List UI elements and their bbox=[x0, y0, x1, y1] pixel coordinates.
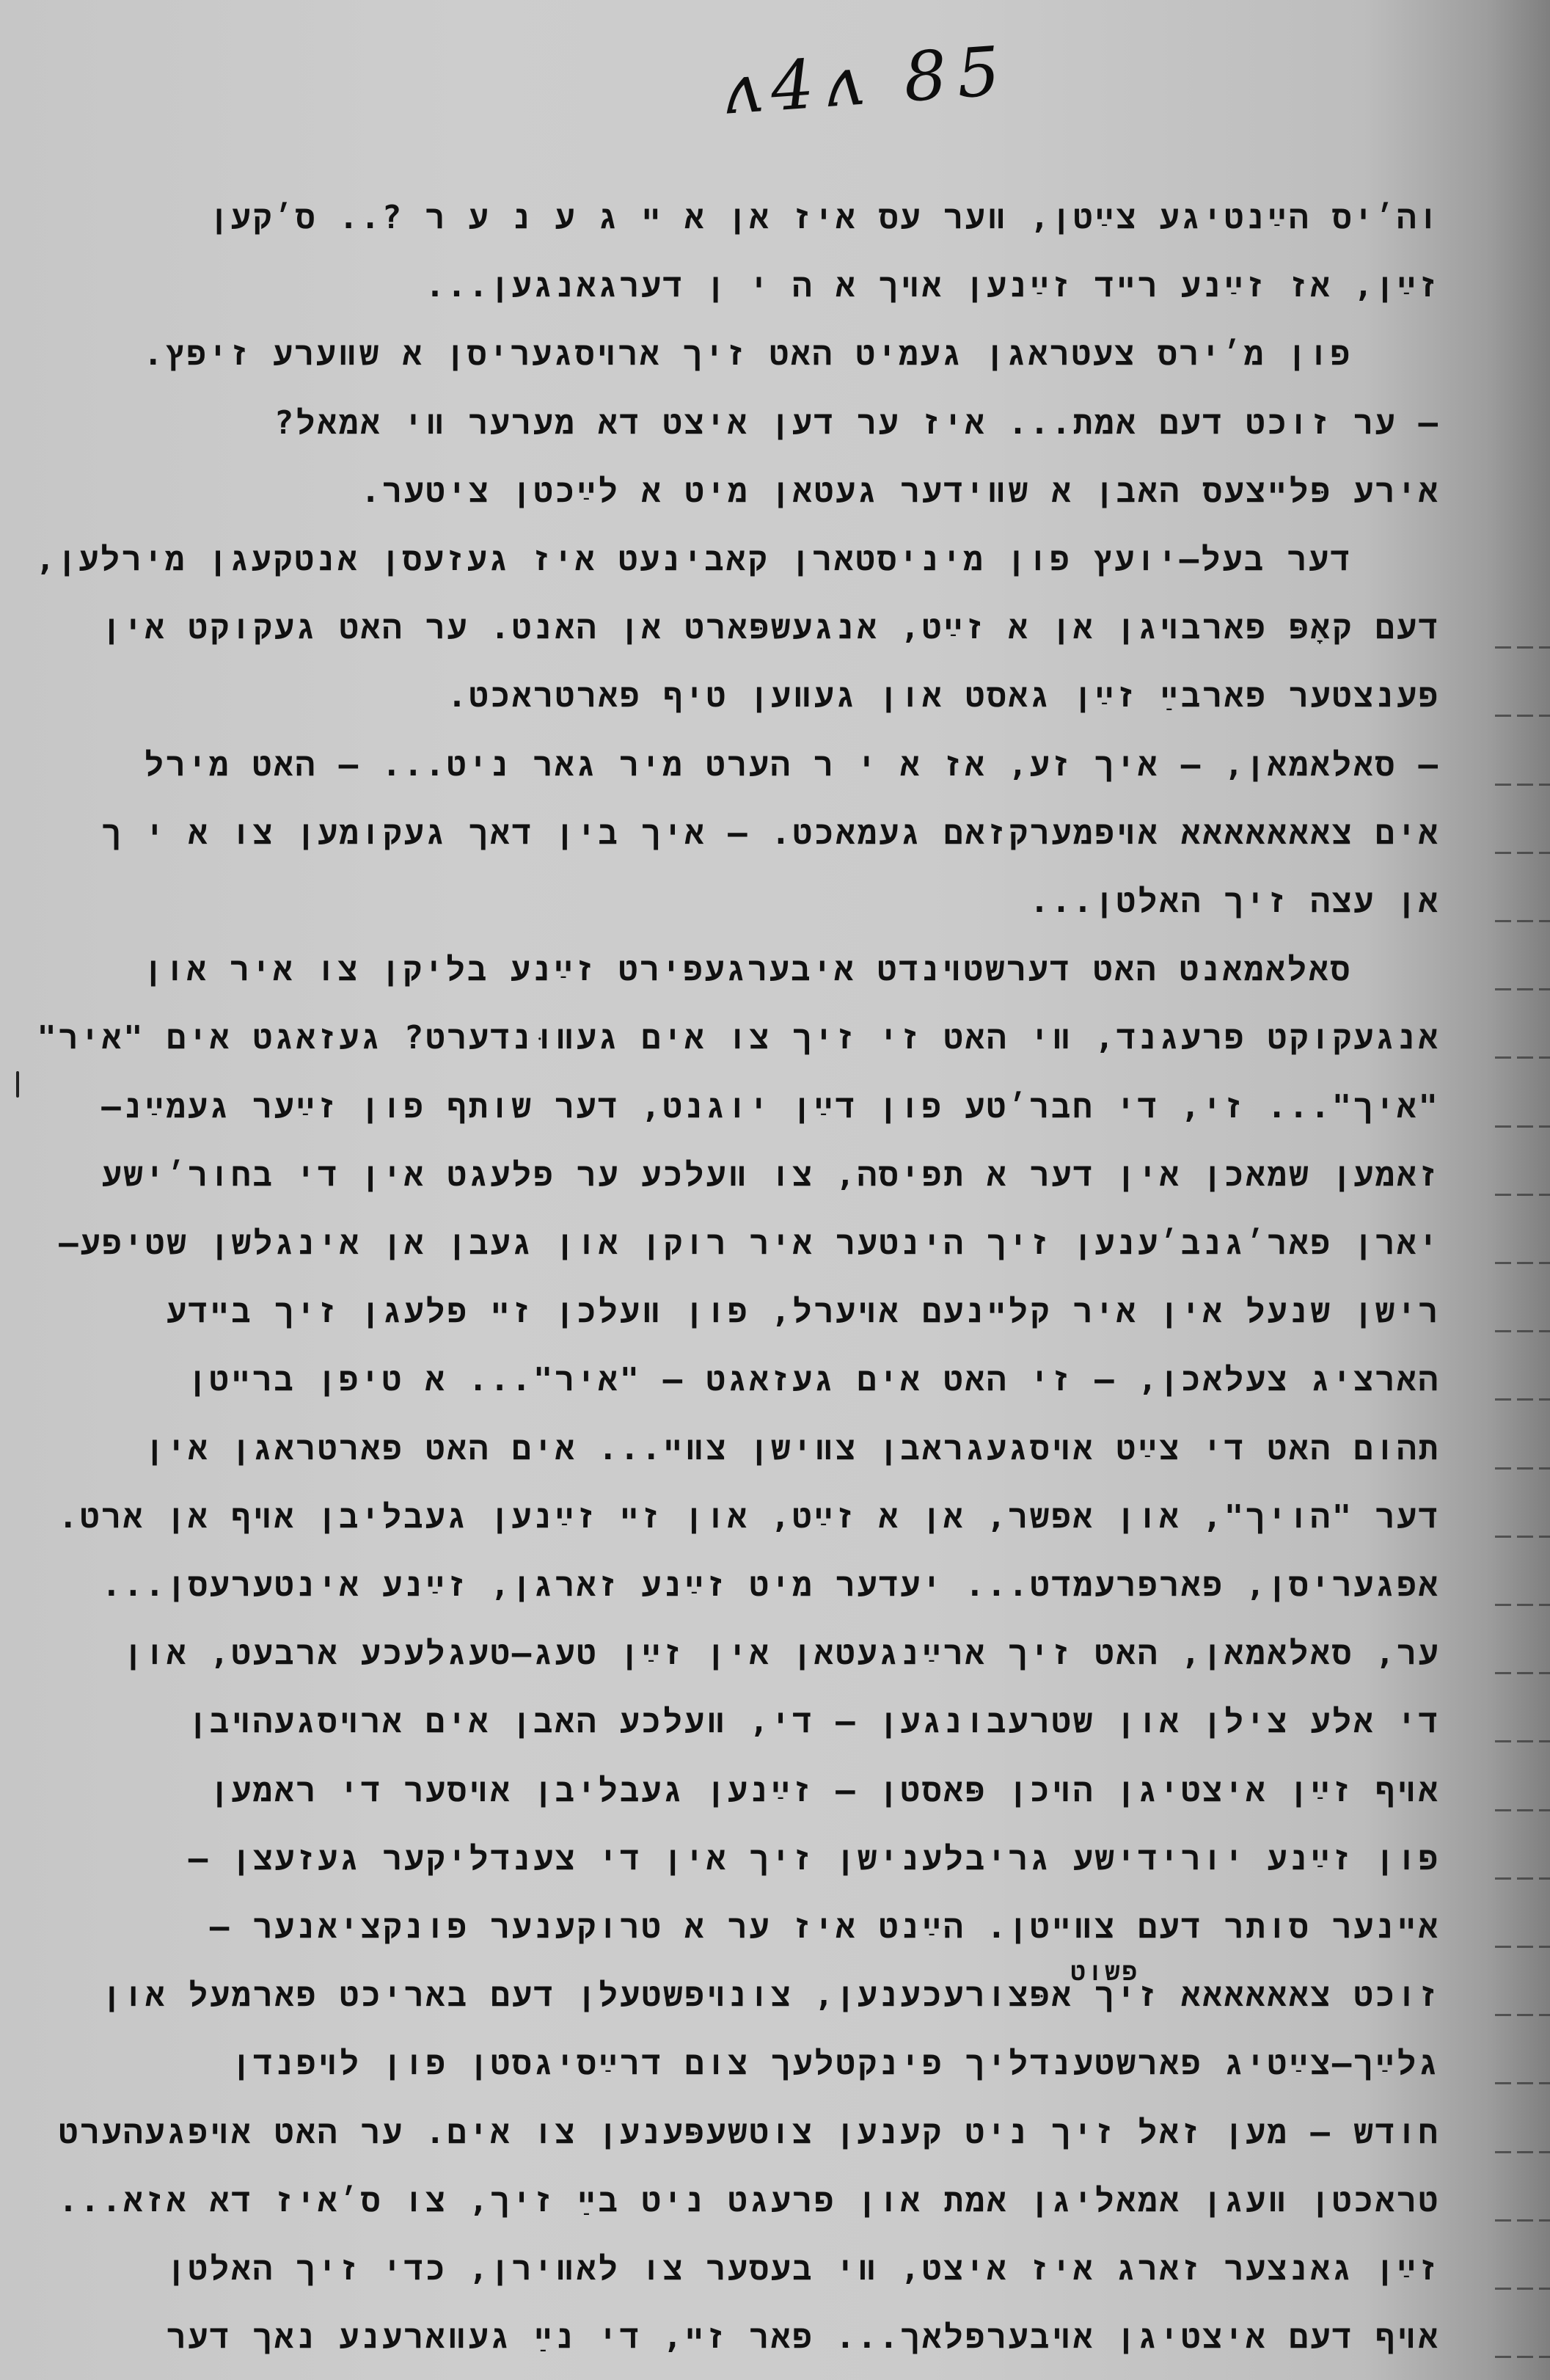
margin-dash-mark bbox=[1495, 2219, 1550, 2222]
text-line: אפגעריסן, פארפרעמדט... יעדער מיט זײַנע ז… bbox=[102, 1560, 1440, 1611]
margin-dash-mark bbox=[1495, 852, 1550, 854]
margin-dash-mark bbox=[1495, 1740, 1550, 1742]
margin-dash-mark bbox=[1495, 920, 1550, 922]
text-line: אן עצה זיך האלטן... bbox=[1030, 876, 1440, 927]
text-line: די אלע צילן און שטרעבונגען – די, װעלכע ה… bbox=[189, 1696, 1440, 1748]
text-line: דער "הויך", און אפשר, אן א זײַט, און זײ … bbox=[58, 1492, 1440, 1543]
margin-dash-mark bbox=[1495, 1946, 1550, 1948]
text-line: וה׳יס הײַנטיגע צײַטן, װער עס איז אן א ײ … bbox=[209, 192, 1440, 244]
text-line: גלײַך–צײַטיג פארשטענדליך פינקטלעך צום דר… bbox=[232, 2038, 1440, 2089]
text-line: אױף זײַן איצטיגן הױכן פּאסטן – זײַנען גע… bbox=[210, 1765, 1440, 1817]
margin-dash-mark bbox=[1495, 1467, 1550, 1470]
text-line: אײנער סותר דעם צװײטן. הײַנט איז ער א טרו… bbox=[210, 1902, 1440, 1953]
text-line: פון מ׳ירס צעטראגן געמיט האט זיך ארױסגערי… bbox=[144, 329, 1353, 380]
margin-dash-mark bbox=[1495, 1056, 1550, 1059]
text-line: דעם קאָפּ פארבױגן אן א זײַט, אנגעשפּארט … bbox=[102, 602, 1440, 654]
margin-dash-mark bbox=[1495, 715, 1550, 717]
text-line: זײַן גאנצער זארג איז איצט, װי בעסער צו ל… bbox=[167, 2244, 1440, 2295]
text-line: אױף דעם איצטיגן אױבערפלאך... פאר זײ, די … bbox=[167, 2312, 1440, 2363]
margin-dash-mark bbox=[1495, 1809, 1550, 1811]
text-line: פון זײַנע יורידישע גריבלענישן זיך אין די… bbox=[189, 1833, 1440, 1885]
margin-dash-mark bbox=[1495, 1877, 1550, 1880]
margin-dash-mark bbox=[1495, 1672, 1550, 1674]
margin-dash-mark bbox=[1495, 1398, 1550, 1401]
text-line: חודש – מען זאל זיך ניט קענען צוטשעפּענען… bbox=[59, 2107, 1440, 2158]
text-line: זאמען שמאכן אין דער א תפיסה, צו װעלכע ער… bbox=[102, 1150, 1440, 1201]
text-line: "איך"... זי, די חבר׳טע פון דײַן יוגנט, ד… bbox=[101, 1081, 1440, 1133]
text-line: אנגעקוקט פרעגנד, װי האט זי זיך צו אים גע… bbox=[37, 1012, 1440, 1064]
text-line: יארן פאר׳גנב׳ענען זיך הינטער איר רוקן או… bbox=[59, 1218, 1440, 1269]
text-line: אירע פּלײצעס האבן א שװידער געטאן מיט א ל… bbox=[361, 466, 1440, 517]
typewritten-text-body: וה׳יס הײַנטיגע צײַטן, װער עס איז אן א ײ … bbox=[0, 0, 1550, 2380]
margin-dash-mark bbox=[1495, 2082, 1550, 2084]
text-line: הארציג צעלאכן, – זי האט אים געזאגט – "אי… bbox=[188, 1354, 1440, 1406]
margin-dash-mark bbox=[1495, 988, 1550, 990]
margin-dash-mark bbox=[1495, 646, 1550, 649]
margin-dash-mark bbox=[1495, 2014, 1550, 2016]
text-line: זײַן, אז זײַנע רײד זײַנען אױך א ה י ן דע… bbox=[425, 260, 1440, 312]
margin-dash-mark bbox=[1495, 1262, 1550, 1264]
text-line: טראכטן װעגן אמאליגן אמת און פרעגט ניט בײ… bbox=[59, 2175, 1440, 2227]
margin-dash-mark bbox=[1495, 2151, 1550, 2153]
document-page: ʌ4ʌ 85 פשוט וה׳יס הײַנטיגע צײַטן, װער עס… bbox=[0, 0, 1550, 2380]
text-line: זוכט צאאאאאא זיך אפּצורעכענען, צונױפשטעל… bbox=[102, 1970, 1440, 2021]
text-line: ער, סאלאמאן, האט זיך ארײַנגעטאן אין זײַן… bbox=[123, 1628, 1440, 1679]
text-line: פענצטער פארבײַ זײַן גאסט און געװען טיף פ… bbox=[447, 671, 1440, 722]
text-line: – ער זוכט דעם אמת... איז ער דען איצט דא … bbox=[274, 398, 1440, 449]
text-line: רישן שנעל אין איר קלײנעם אױערל, פון װעלכ… bbox=[167, 1286, 1440, 1337]
margin-dash-mark bbox=[1495, 2356, 1550, 2358]
margin-dash-mark bbox=[1495, 1330, 1550, 1332]
margin-dash-mark bbox=[1495, 784, 1550, 786]
margin-dash-mark bbox=[1495, 1536, 1550, 1538]
text-line: דער בעל–יועץ פון מיניסטארן קאבינעט איז ג… bbox=[35, 534, 1352, 585]
text-line: סאלאמאנט האט דערשטױנדט איבערגעפירט זײַנע… bbox=[144, 944, 1352, 996]
margin-dash-mark bbox=[1495, 1604, 1550, 1606]
text-line: תהום האט די צײַט אױסגעגראבן צװישן צװײ...… bbox=[145, 1423, 1440, 1475]
margin-dash-mark bbox=[1495, 1125, 1550, 1128]
text-line: אים צאאאאאאא אױפמערקזאם געמאכט. – איך בי… bbox=[102, 808, 1440, 859]
text-line: – סאלאמאן, – איך זע, אז א י ר הערט מיר ג… bbox=[145, 740, 1440, 791]
margin-dash-mark bbox=[1495, 1194, 1550, 1196]
margin-dash-mark bbox=[1495, 2288, 1550, 2290]
